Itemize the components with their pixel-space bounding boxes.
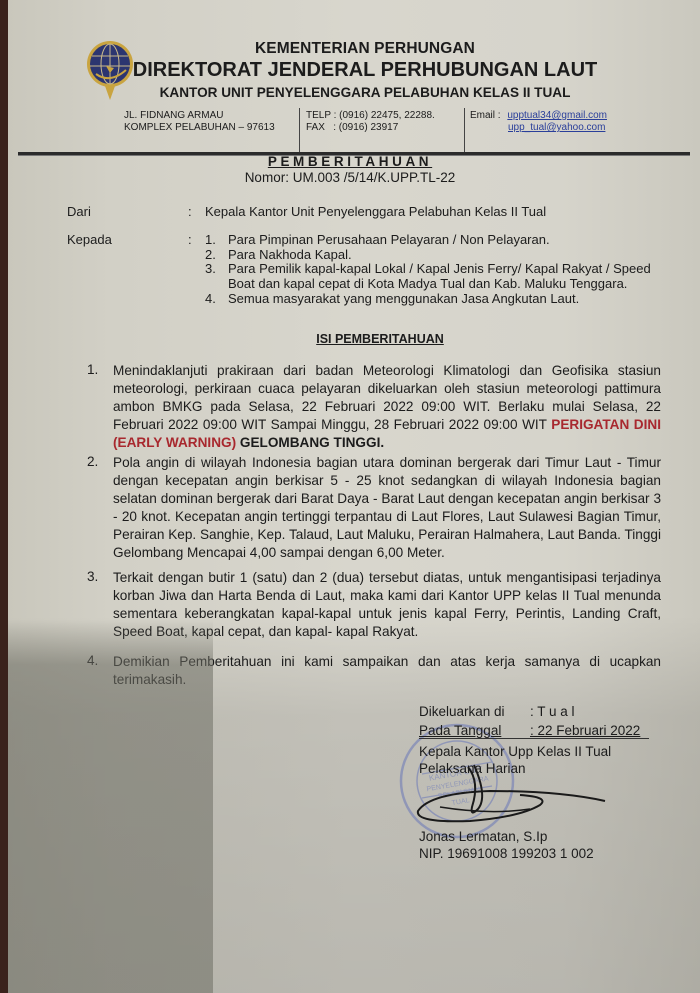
email-label: Email :	[470, 110, 501, 121]
recipient-item: Para Pemilik kapal-kapal Lokal / Kapal J…	[228, 261, 660, 291]
content-heading-text: ISI PEMBERITAHUAN	[316, 332, 444, 346]
ministry-name: KEMENTERIAN PERHUNGAN	[0, 40, 700, 58]
telephone: TELP : (0916) 22475, 22288.	[306, 110, 435, 122]
recipient-number: 2.	[205, 247, 223, 262]
date-value: : 22 Februari 2022	[530, 722, 640, 739]
office-name: KANTOR UNIT PENYELENGGARA PELABUHAN KELA…	[0, 85, 700, 100]
from-value: Kepala Kantor Unit Penyelenggara Pelabuh…	[205, 204, 546, 219]
recipient-number: 4.	[205, 291, 223, 306]
recipient-number: 3.	[205, 261, 223, 276]
content-item-3: Terkait dengan butir 1 (satu) dan 2 (dua…	[113, 569, 661, 641]
email-link-yahoo[interactable]: upp_tual@yahoo.com	[508, 122, 605, 133]
notice-title-text: PEMBERITAHUAN	[268, 154, 432, 169]
content-item-4: Demikian Pemberitahuan ini kami sampaika…	[113, 653, 661, 689]
signer-name: Jonas Lermatan, S.Ip	[419, 828, 547, 845]
date-label: Pada Tanggal	[419, 722, 501, 739]
from-colon: :	[188, 204, 192, 219]
issued-at-value: : T u a l	[530, 703, 575, 720]
recipient-item: Para Nakhoda Kapal.	[228, 247, 658, 262]
issued-at-label: Dikeluarkan di	[419, 703, 505, 720]
item-number: 1.	[87, 362, 107, 377]
notice-title: PEMBERITAHUAN	[0, 154, 700, 169]
item-number: 4.	[87, 653, 107, 668]
address-line: JL. FIDNANG ARMAU	[124, 110, 275, 122]
directorate-name: DIREKTORAT JENDERAL PERHUBUNGAN LAUT	[0, 59, 700, 82]
divider	[299, 108, 300, 152]
item-number: 2.	[87, 454, 107, 469]
office-address: JL. FIDNANG ARMAU KOMPLEX PELABUHAN – 97…	[124, 110, 275, 134]
fax: FAX : (0916) 23917	[306, 122, 435, 134]
item-number: 3.	[87, 569, 107, 584]
recipient-item: Para Pimpinan Perusahaan Pelayaran / Non…	[228, 232, 658, 247]
recipient-item: Semua masyarakat yang menggunakan Jasa A…	[228, 291, 658, 306]
from-label: Dari	[67, 204, 91, 219]
signer-nip: NIP. 19691008 199203 1 002	[419, 845, 594, 862]
recipient-number: 1.	[205, 232, 223, 247]
divider	[464, 108, 465, 152]
to-label: Kepada	[67, 232, 112, 247]
content-heading: ISI PEMBERITAHUAN	[0, 332, 700, 346]
content-item-2: Pola angin di wilayah Indonesia bagian u…	[113, 454, 661, 562]
warning-suffix: GELOMBANG TINGGI.	[236, 435, 384, 450]
address-line: KOMPLEX PELABUHAN – 97613	[124, 122, 275, 134]
date-underline	[419, 738, 649, 739]
handwritten-signature-icon	[410, 757, 620, 827]
office-email: Email : upptual34@gmail.com upp_tual@yah…	[470, 110, 607, 134]
content-item-1: Menindaklanjuti prakiraan dari badan Met…	[113, 362, 661, 452]
notice-number: Nomor: UM.003 /5/14/K.UPP.TL-22	[0, 170, 700, 185]
to-colon: :	[188, 232, 192, 247]
email-link-gmail[interactable]: upptual34@gmail.com	[507, 110, 607, 121]
office-phone: TELP : (0916) 22475, 22288. FAX : (0916)…	[306, 110, 435, 134]
